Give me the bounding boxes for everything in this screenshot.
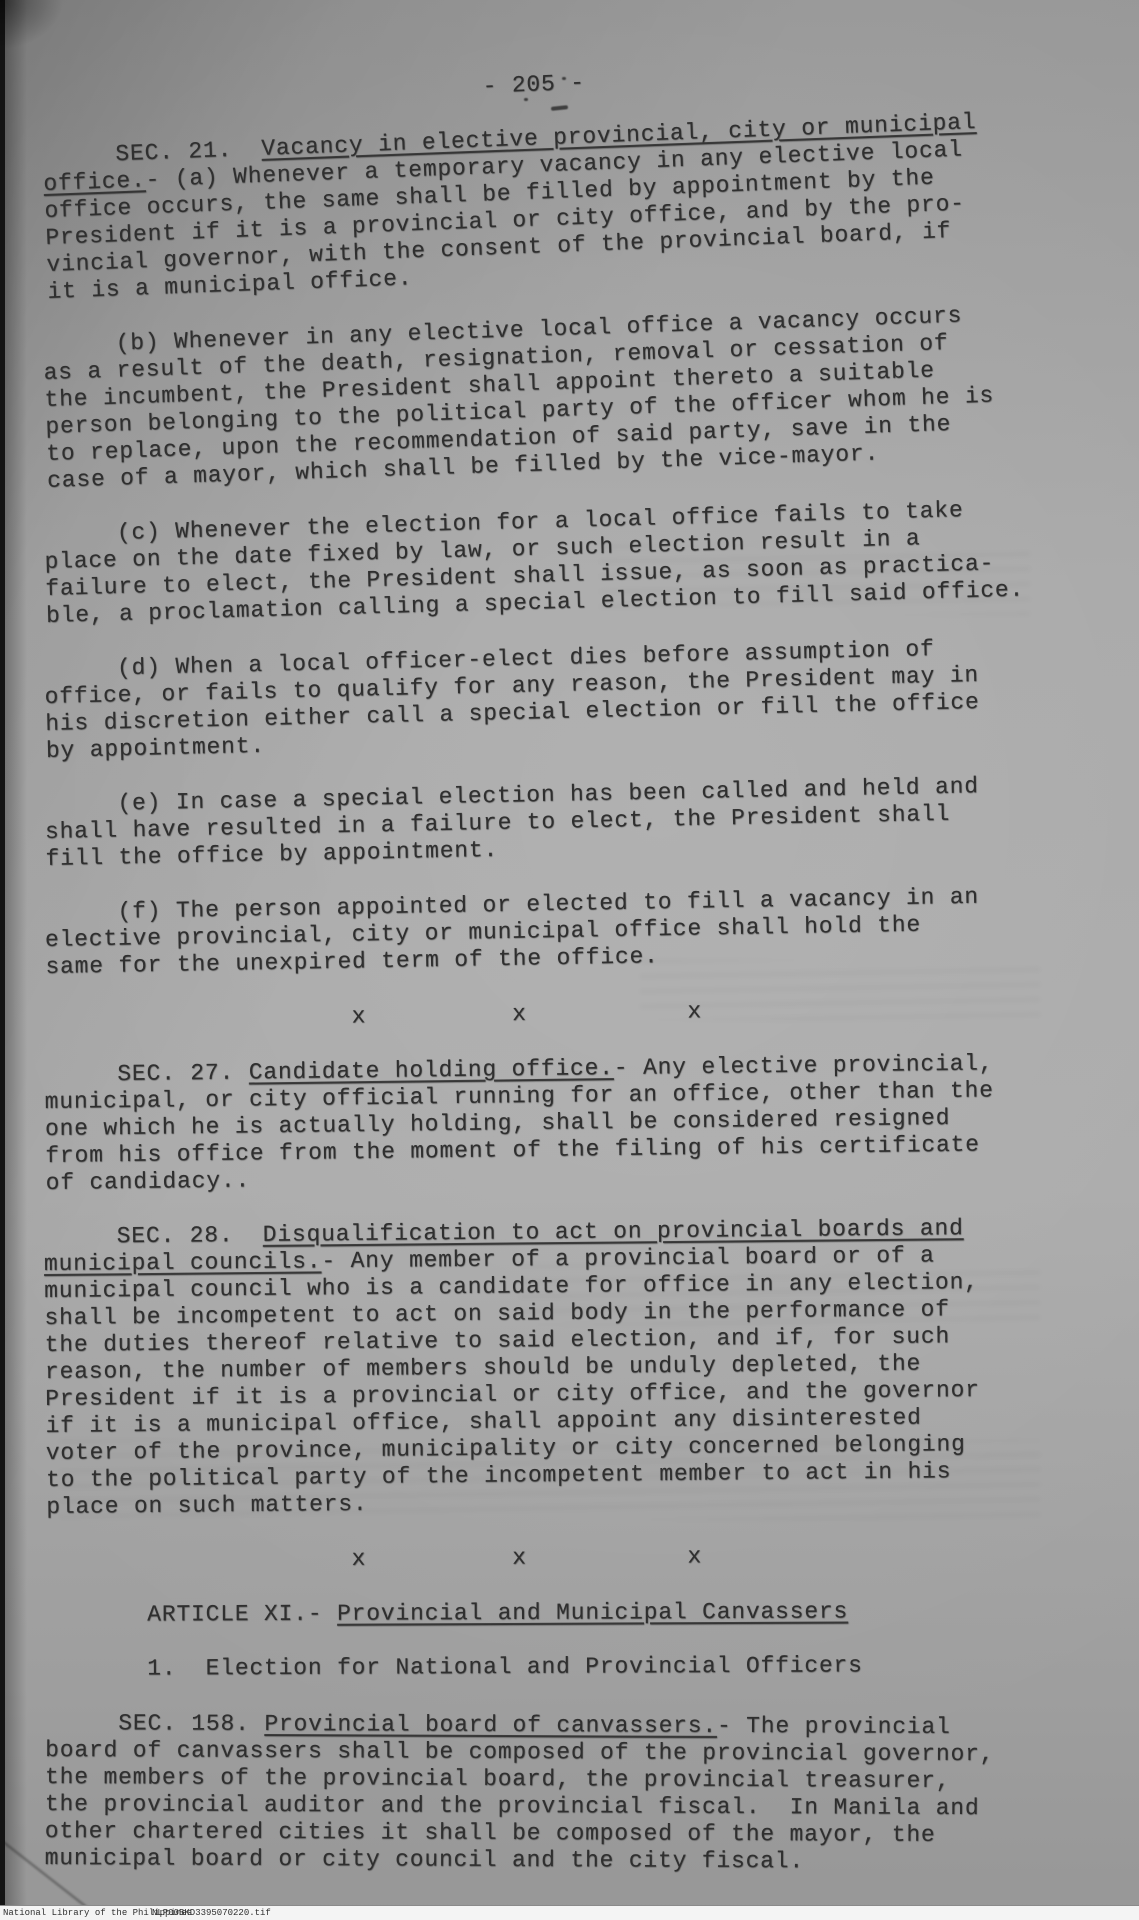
sec-27-paragraph: SEC. 27. Candidate holding office.- Any … <box>44 1050 1044 1197</box>
sec-158-paragraph: SEC. 158. Provincial board of canvassers… <box>45 1710 1044 1876</box>
sec-158-title: Provincial board of canvassers. <box>264 1711 717 1739</box>
article-11-label: ARTICLE XI.- <box>45 1601 337 1628</box>
paragraph-c: (c) Whenever the election for a local of… <box>44 495 1045 630</box>
sec-158-label: SEC. 158. <box>45 1710 264 1737</box>
sec-27-title: Candidate holding office. <box>249 1055 614 1085</box>
paragraph-d: (d) When a local officer-elect dies befo… <box>44 634 1044 765</box>
paragraph-e: (e) In case a special election has been … <box>44 772 1043 873</box>
sec-27-label: SEC. 27. <box>44 1060 249 1088</box>
paragraph-f: (f) The person appointed or elected to f… <box>44 883 1043 981</box>
list-item-1: 1. Election for National and Provincial … <box>45 1652 1043 1683</box>
section-divider: x x x <box>45 993 1043 1035</box>
section-divider: x x x <box>45 1541 1043 1575</box>
scan-left-edge-shadow <box>5 0 27 1920</box>
sec-28-label: SEC. 28. <box>44 1222 263 1250</box>
paragraph-b: (b) Whenever in any elective local offic… <box>42 300 1045 495</box>
footer-filename-label: NLP00BKD3395070220.tif <box>152 1908 271 1919</box>
document-content: - 205 - SEC. 21. Vacancy in elective pro… <box>45 90 1043 1872</box>
sec-28-body: - Any member of a provincial board or of… <box>44 1242 980 1520</box>
scan-footer-bar: National Library of the Philippines NLP0… <box>0 1905 1139 1920</box>
article-11-title: Provincial and Municipal Canvassers <box>337 1598 848 1626</box>
scan-corner-shadow <box>0 0 90 70</box>
sec-28-paragraph: SEC. 28. Disqualification to act on prov… <box>44 1214 1045 1521</box>
scanned-page: - 205 - SEC. 21. Vacancy in elective pro… <box>0 0 1139 1920</box>
page-number: - 205 - <box>44 36 1139 117</box>
sec-21-paragraph: SEC. 21. Vacancy in elective provincial,… <box>42 107 1045 306</box>
article-11-heading: ARTICLE XI.- Provincial and Municipal Ca… <box>45 1598 1043 1629</box>
